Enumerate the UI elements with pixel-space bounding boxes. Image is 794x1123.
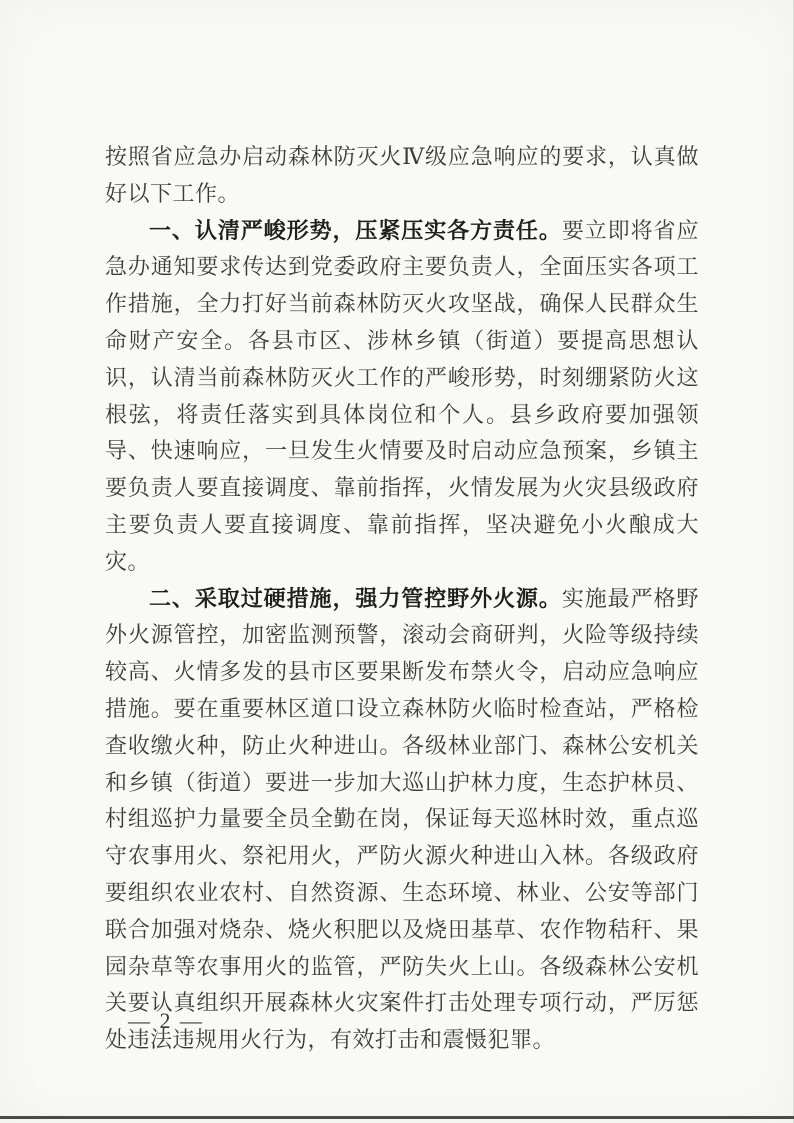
paragraph-text: 要立即将省应急办通知要求传达到党委政府主要负责人，全面压实各项工作措施，全力打好… (105, 218, 699, 574)
page-number: — 2 — (128, 1008, 204, 1034)
paragraph-section-2: 二、采取过硬措施，强力管控野外火源。实施最严格野外火源管控，加密监测预警，滚动会… (105, 581, 699, 1059)
document-page: 按照省应急办启动森林防灭火Ⅳ级应急响应的要求，认真做好以下工作。 一、认清严峻形… (0, 0, 794, 1123)
scan-edge-bottom (0, 1116, 794, 1119)
paragraph-text: 按照省应急办启动森林防灭火Ⅳ级应急响应的要求，认真做好以下工作。 (105, 144, 699, 206)
document-body: 按照省应急办启动森林防灭火Ⅳ级应急响应的要求，认真做好以下工作。 一、认清严峻形… (105, 139, 699, 1059)
section-1-heading: 一、认清严峻形势，压紧压实各方责任。 (149, 218, 562, 243)
paragraph-text: 实施最严格野外火源管控，加密监测预警，滚动会商研判，火险等级持续较高、火情多发的… (105, 586, 699, 1053)
paragraph-section-1: 一、认清严峻形势，压紧压实各方责任。要立即将省应急办通知要求传达到党委政府主要负… (105, 213, 699, 581)
paragraph-continuation: 按照省应急办启动森林防灭火Ⅳ级应急响应的要求，认真做好以下工作。 (105, 139, 699, 213)
section-2-heading: 二、采取过硬措施，强力管控野外火源。 (149, 586, 562, 611)
